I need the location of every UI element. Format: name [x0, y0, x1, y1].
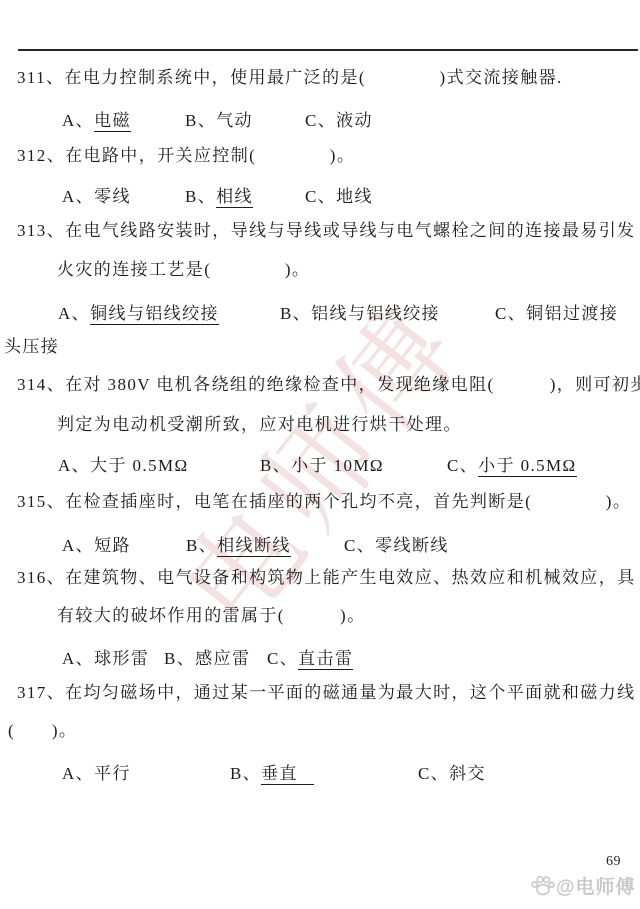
answer-underlined: 小于 0.5MΩ	[478, 456, 576, 477]
question-313-option-c-continuation: 头压接	[4, 336, 59, 357]
question-313-stem-line2: 火灾的连接工艺是( )。	[57, 259, 310, 280]
answer-underlined: 直击雷	[298, 649, 353, 670]
question-number: 311、	[17, 68, 64, 87]
question-313-stem: 313、在电气线路安装时，导线与导线或导线与电气螺栓之间的连接最易引发	[17, 220, 636, 241]
question-text: 在对 380V 电机各绕组的绝缘检查中，发现绝缘电阻( )，则可初步	[65, 375, 640, 394]
question-311-options: A、电磁 B、气动 C、液动	[0, 106, 640, 128]
question-number: 312、	[17, 146, 65, 165]
question-text: 在检查插座时，电笔在插座的两个孔均不亮，首先判断是( )。	[65, 492, 631, 511]
question-313-options: A、铜线与铝线绞接 B、铝线与铝线绞接 C、铜铝过渡接	[0, 299, 640, 321]
footer-watermark-text: @电师傅	[556, 872, 636, 899]
question-315-options: A、短路 B、相线断线 C、零线断线	[0, 531, 640, 553]
option-b: B、小于 10MΩ	[260, 451, 384, 476]
question-314-stem-line2: 判定为电动机受潮所致，应对电机进行烘干处理。	[57, 414, 462, 435]
option-a: A、电磁	[62, 106, 131, 131]
question-316-options: A、球形雷 B、感应雷 C、直击雷	[0, 644, 640, 666]
option-a: A、零线	[62, 182, 131, 207]
option-a: A、短路	[62, 531, 131, 556]
header-rule	[18, 49, 638, 51]
option-c: C、地线	[305, 182, 373, 207]
option-c: C、直击雷	[267, 644, 353, 669]
answer-underlined: 垂直	[261, 764, 314, 785]
question-315-stem: 315、在检查插座时，电笔在插座的两个孔均不亮，首先判断是( )。	[17, 491, 631, 512]
question-314-stem: 314、在对 380V 电机各绕组的绝缘检查中，发现绝缘电阻( )，则可初步	[17, 374, 640, 395]
option-c: C、液动	[305, 106, 373, 131]
question-number: 314、	[17, 375, 65, 394]
question-311-stem: 311、在电力控制系统中，使用最广泛的是( )式交流接触器.	[17, 67, 563, 88]
option-b: B、相线	[185, 182, 253, 207]
question-number: 316、	[17, 568, 65, 587]
question-312-options: A、零线 B、相线 C、地线	[0, 182, 640, 204]
question-text: 在均匀磁场中，通过某一平面的磁通量为最大时，这个平面就和磁力线	[65, 683, 635, 702]
question-text: 在建筑物、电气设备和构筑物上能产生电效应、热效应和机械效应，具	[65, 568, 635, 587]
question-number: 313、	[17, 221, 65, 240]
paw-icon	[531, 875, 555, 897]
option-a: A、大于 0.5MΩ	[58, 451, 189, 476]
question-312-stem: 312、在电路中，开关应控制( )。	[17, 145, 355, 166]
document-page: 电师傅 311、在电力控制系统中，使用最广泛的是( )式交流接触器. A、电磁 …	[0, 0, 640, 909]
option-c: C、铜铝过渡接	[495, 299, 618, 324]
option-a: A、球形雷	[62, 644, 149, 669]
question-317-options: A、平行 B、垂直 C、斜交	[0, 759, 640, 781]
option-c: C、斜交	[418, 759, 486, 784]
question-316-stem: 316、在建筑物、电气设备和构筑物上能产生电效应、热效应和机械效应，具	[17, 567, 636, 588]
option-b: B、感应雷	[164, 644, 250, 669]
answer-underlined: 铜线与铝线绞接	[90, 304, 219, 325]
question-number: 317、	[17, 683, 65, 702]
answer-underlined: 相线断线	[217, 536, 291, 557]
option-b: B、相线断线	[186, 531, 291, 556]
answer-underlined: 电磁	[94, 111, 131, 132]
question-text: 在电路中，开关应控制( )。	[65, 146, 355, 165]
option-a: A、平行	[62, 759, 131, 784]
answer-underlined: 相线	[216, 187, 253, 208]
question-316-stem-line2: 有较大的破坏作用的雷属于( )。	[57, 605, 366, 626]
option-c: C、零线断线	[344, 531, 449, 556]
question-317-stem: 317、在均匀磁场中，通过某一平面的磁通量为最大时，这个平面就和磁力线	[17, 682, 636, 703]
option-a: A、铜线与铝线绞接	[58, 299, 219, 324]
question-text: 在电气线路安装时，导线与导线或导线与电气螺栓之间的连接最易引发	[65, 221, 635, 240]
page-number: 69	[606, 854, 621, 870]
option-b: B、垂直	[230, 759, 314, 784]
footer-watermark: @电师傅	[531, 872, 636, 899]
question-314-options: A、大于 0.5MΩ B、小于 10MΩ C、小于 0.5MΩ	[0, 451, 640, 473]
option-c: C、小于 0.5MΩ	[447, 451, 577, 476]
question-text: 在电力控制系统中，使用最广泛的是( )式交流接触器.	[64, 68, 562, 87]
question-number: 315、	[17, 492, 65, 511]
question-317-stem-line2: ( )。	[8, 720, 77, 741]
option-b: B、气动	[185, 106, 253, 131]
option-b: B、铝线与铝线绞接	[280, 299, 440, 324]
